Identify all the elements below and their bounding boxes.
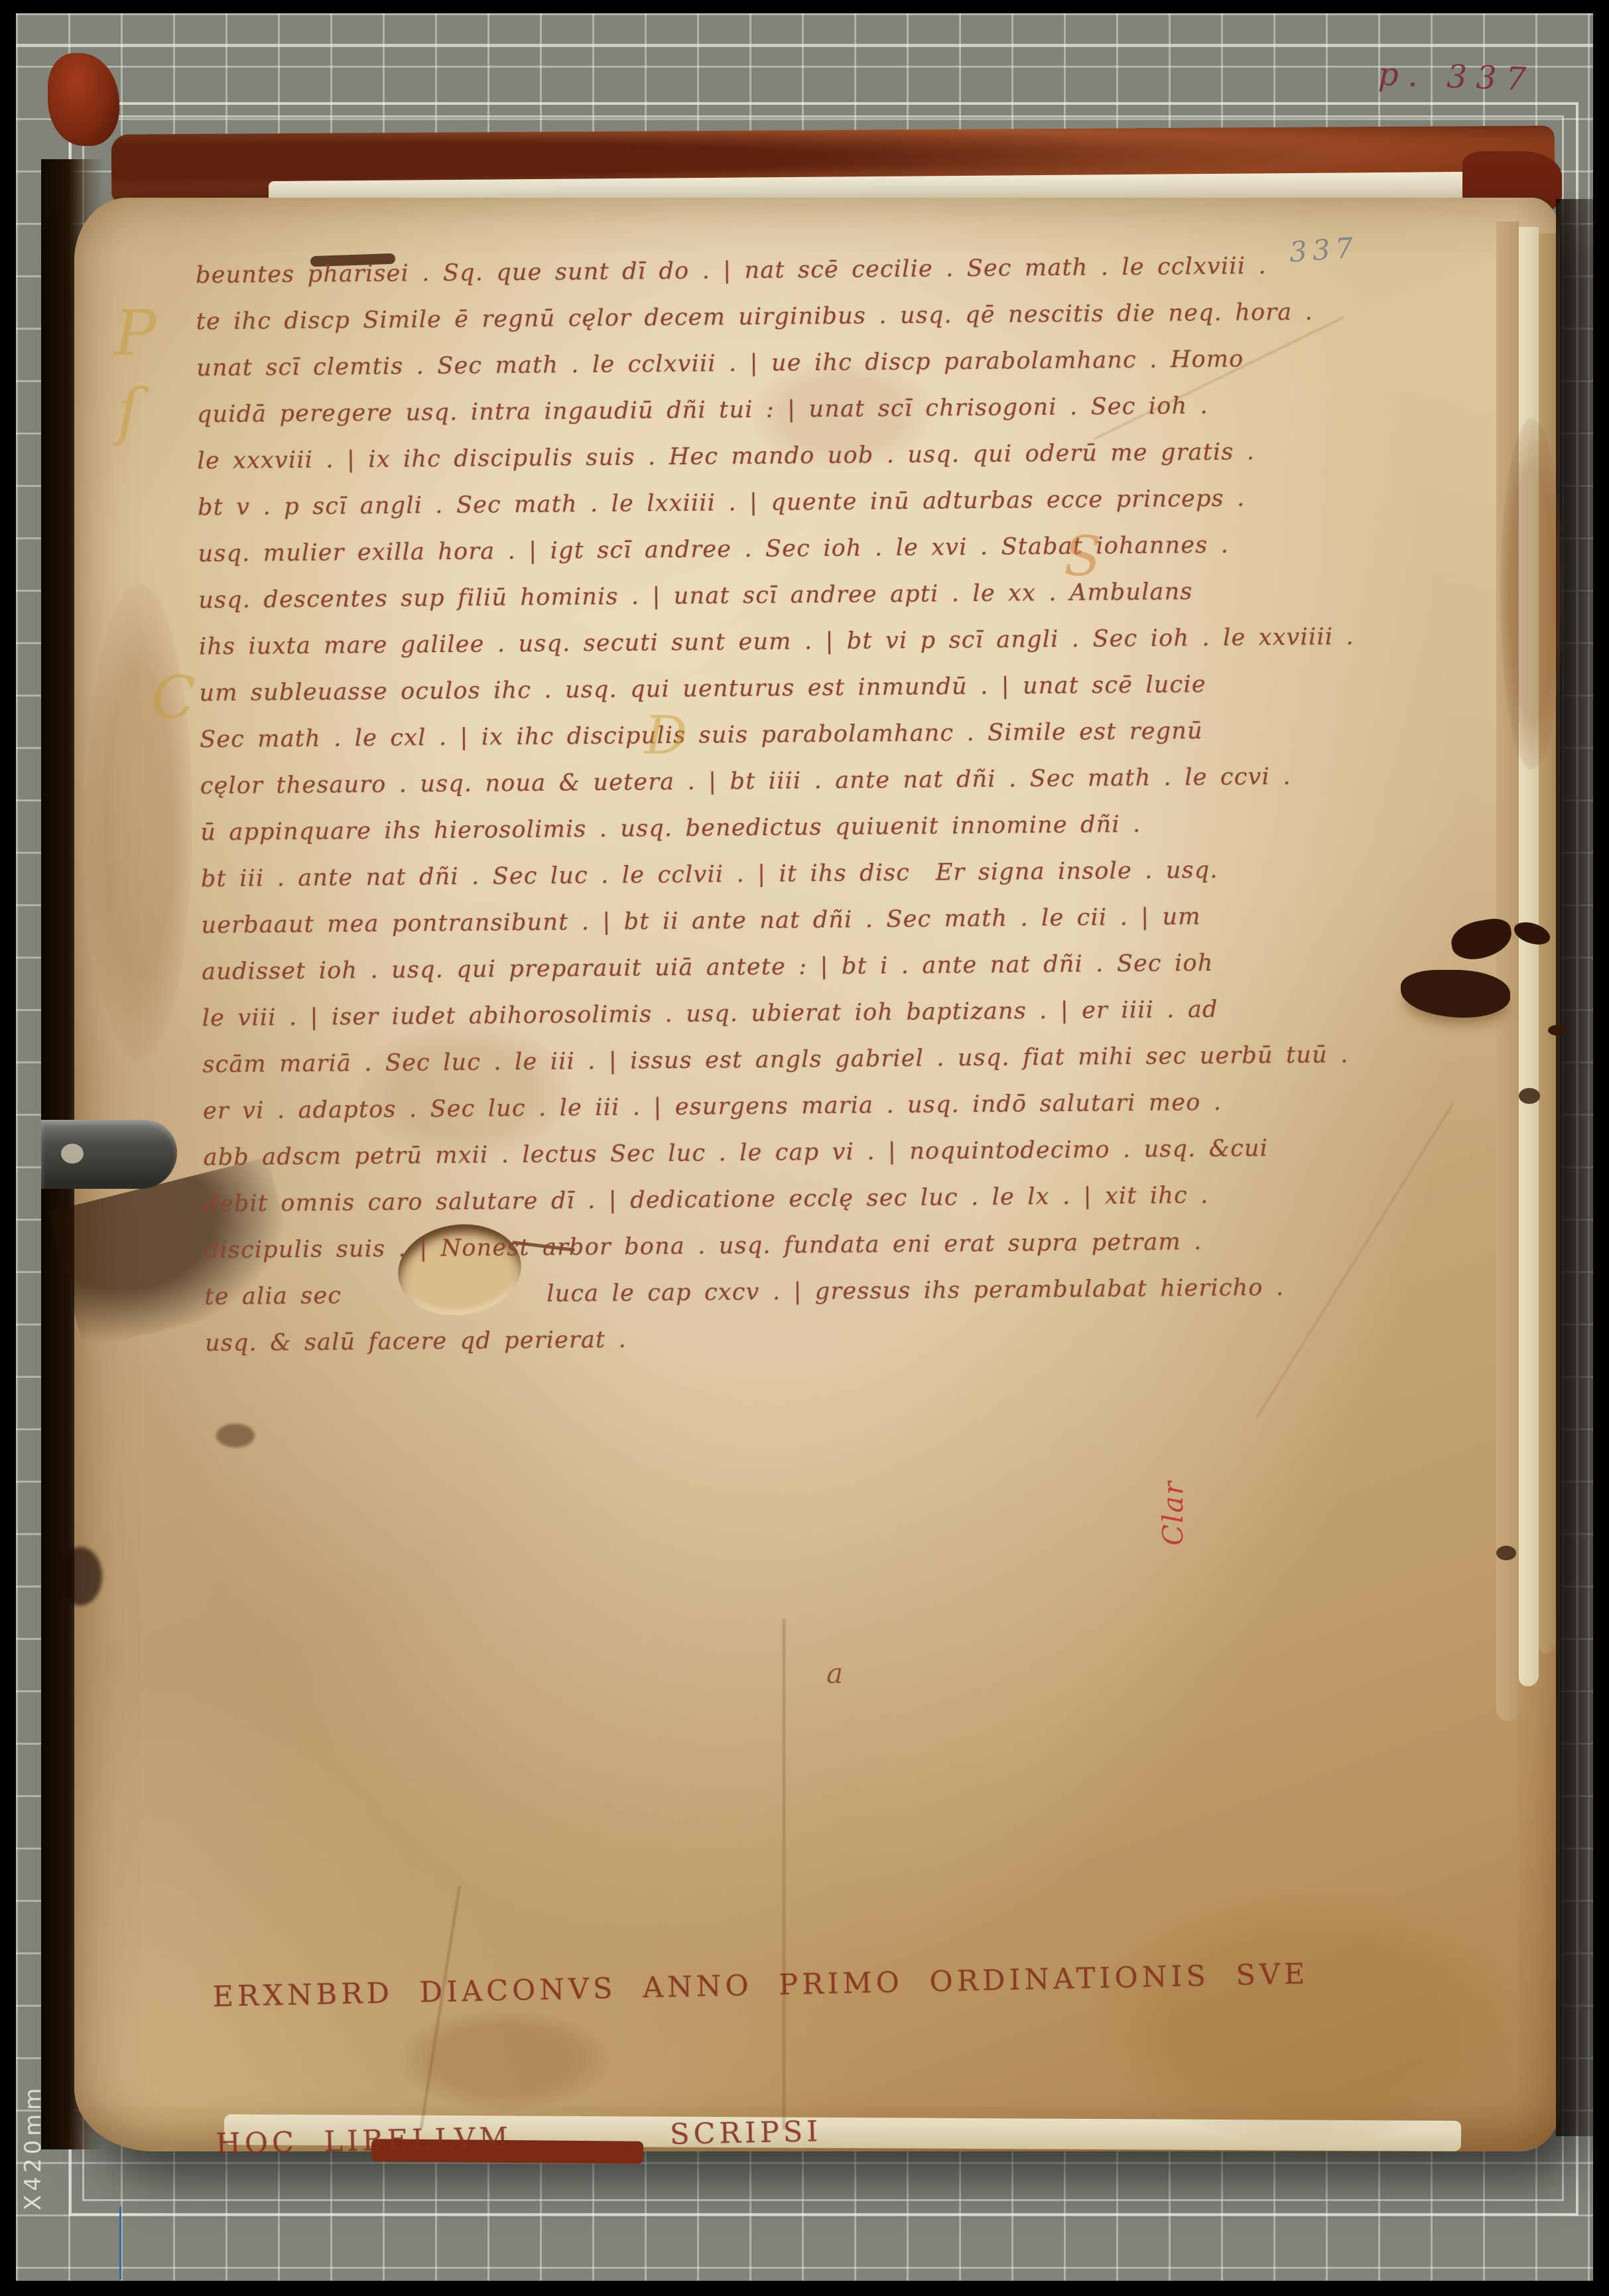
parchment-stain (86, 584, 192, 1061)
scribe-colophon: ERXNBRD DIACONVS ANNO PRIMO ORDINATIONIS… (210, 1852, 1314, 2218)
faded-marginal-initial: ſ (117, 375, 140, 448)
pencil-folio-number: 337 (1288, 231, 1359, 268)
photograph-of-manuscript-page: { "scene": { "description_tags": { "boar… (0, 0, 1609, 2296)
faded-marginal-initial: C (151, 663, 196, 732)
colophon-line: HOC LIBELLVM SCRIPSI (216, 2097, 1313, 2169)
quire-mark: a (826, 1657, 843, 1690)
right-edge-shadow (1556, 199, 1593, 2136)
clamp-hole (61, 1144, 84, 1164)
faded-marginal-initial: D (645, 705, 687, 766)
dark-speck (216, 1424, 255, 1448)
dark-speck (1519, 1088, 1540, 1104)
corner-ink-annotation: p. 337 (1378, 56, 1536, 98)
board-blue-mark (119, 2206, 121, 2279)
dark-speck (58, 1547, 102, 1605)
faded-marginal-initial: S (1064, 525, 1101, 588)
red-vertical-note: Clar (1157, 1480, 1189, 1546)
faded-marginal-initial: P (114, 297, 157, 370)
colophon-line: ERXNBRD DIACONVS ANNO PRIMO ORDINATIONIS… (212, 1950, 1309, 2022)
parchment-stain (1500, 418, 1563, 770)
parchment-tear (1548, 1025, 1567, 1036)
board-major-line (16, 44, 1593, 47)
dark-speck (1496, 1546, 1516, 1560)
manuscript-text-block: beuntes pharisei . Sq. que sunt dī do . … (196, 241, 1452, 1367)
